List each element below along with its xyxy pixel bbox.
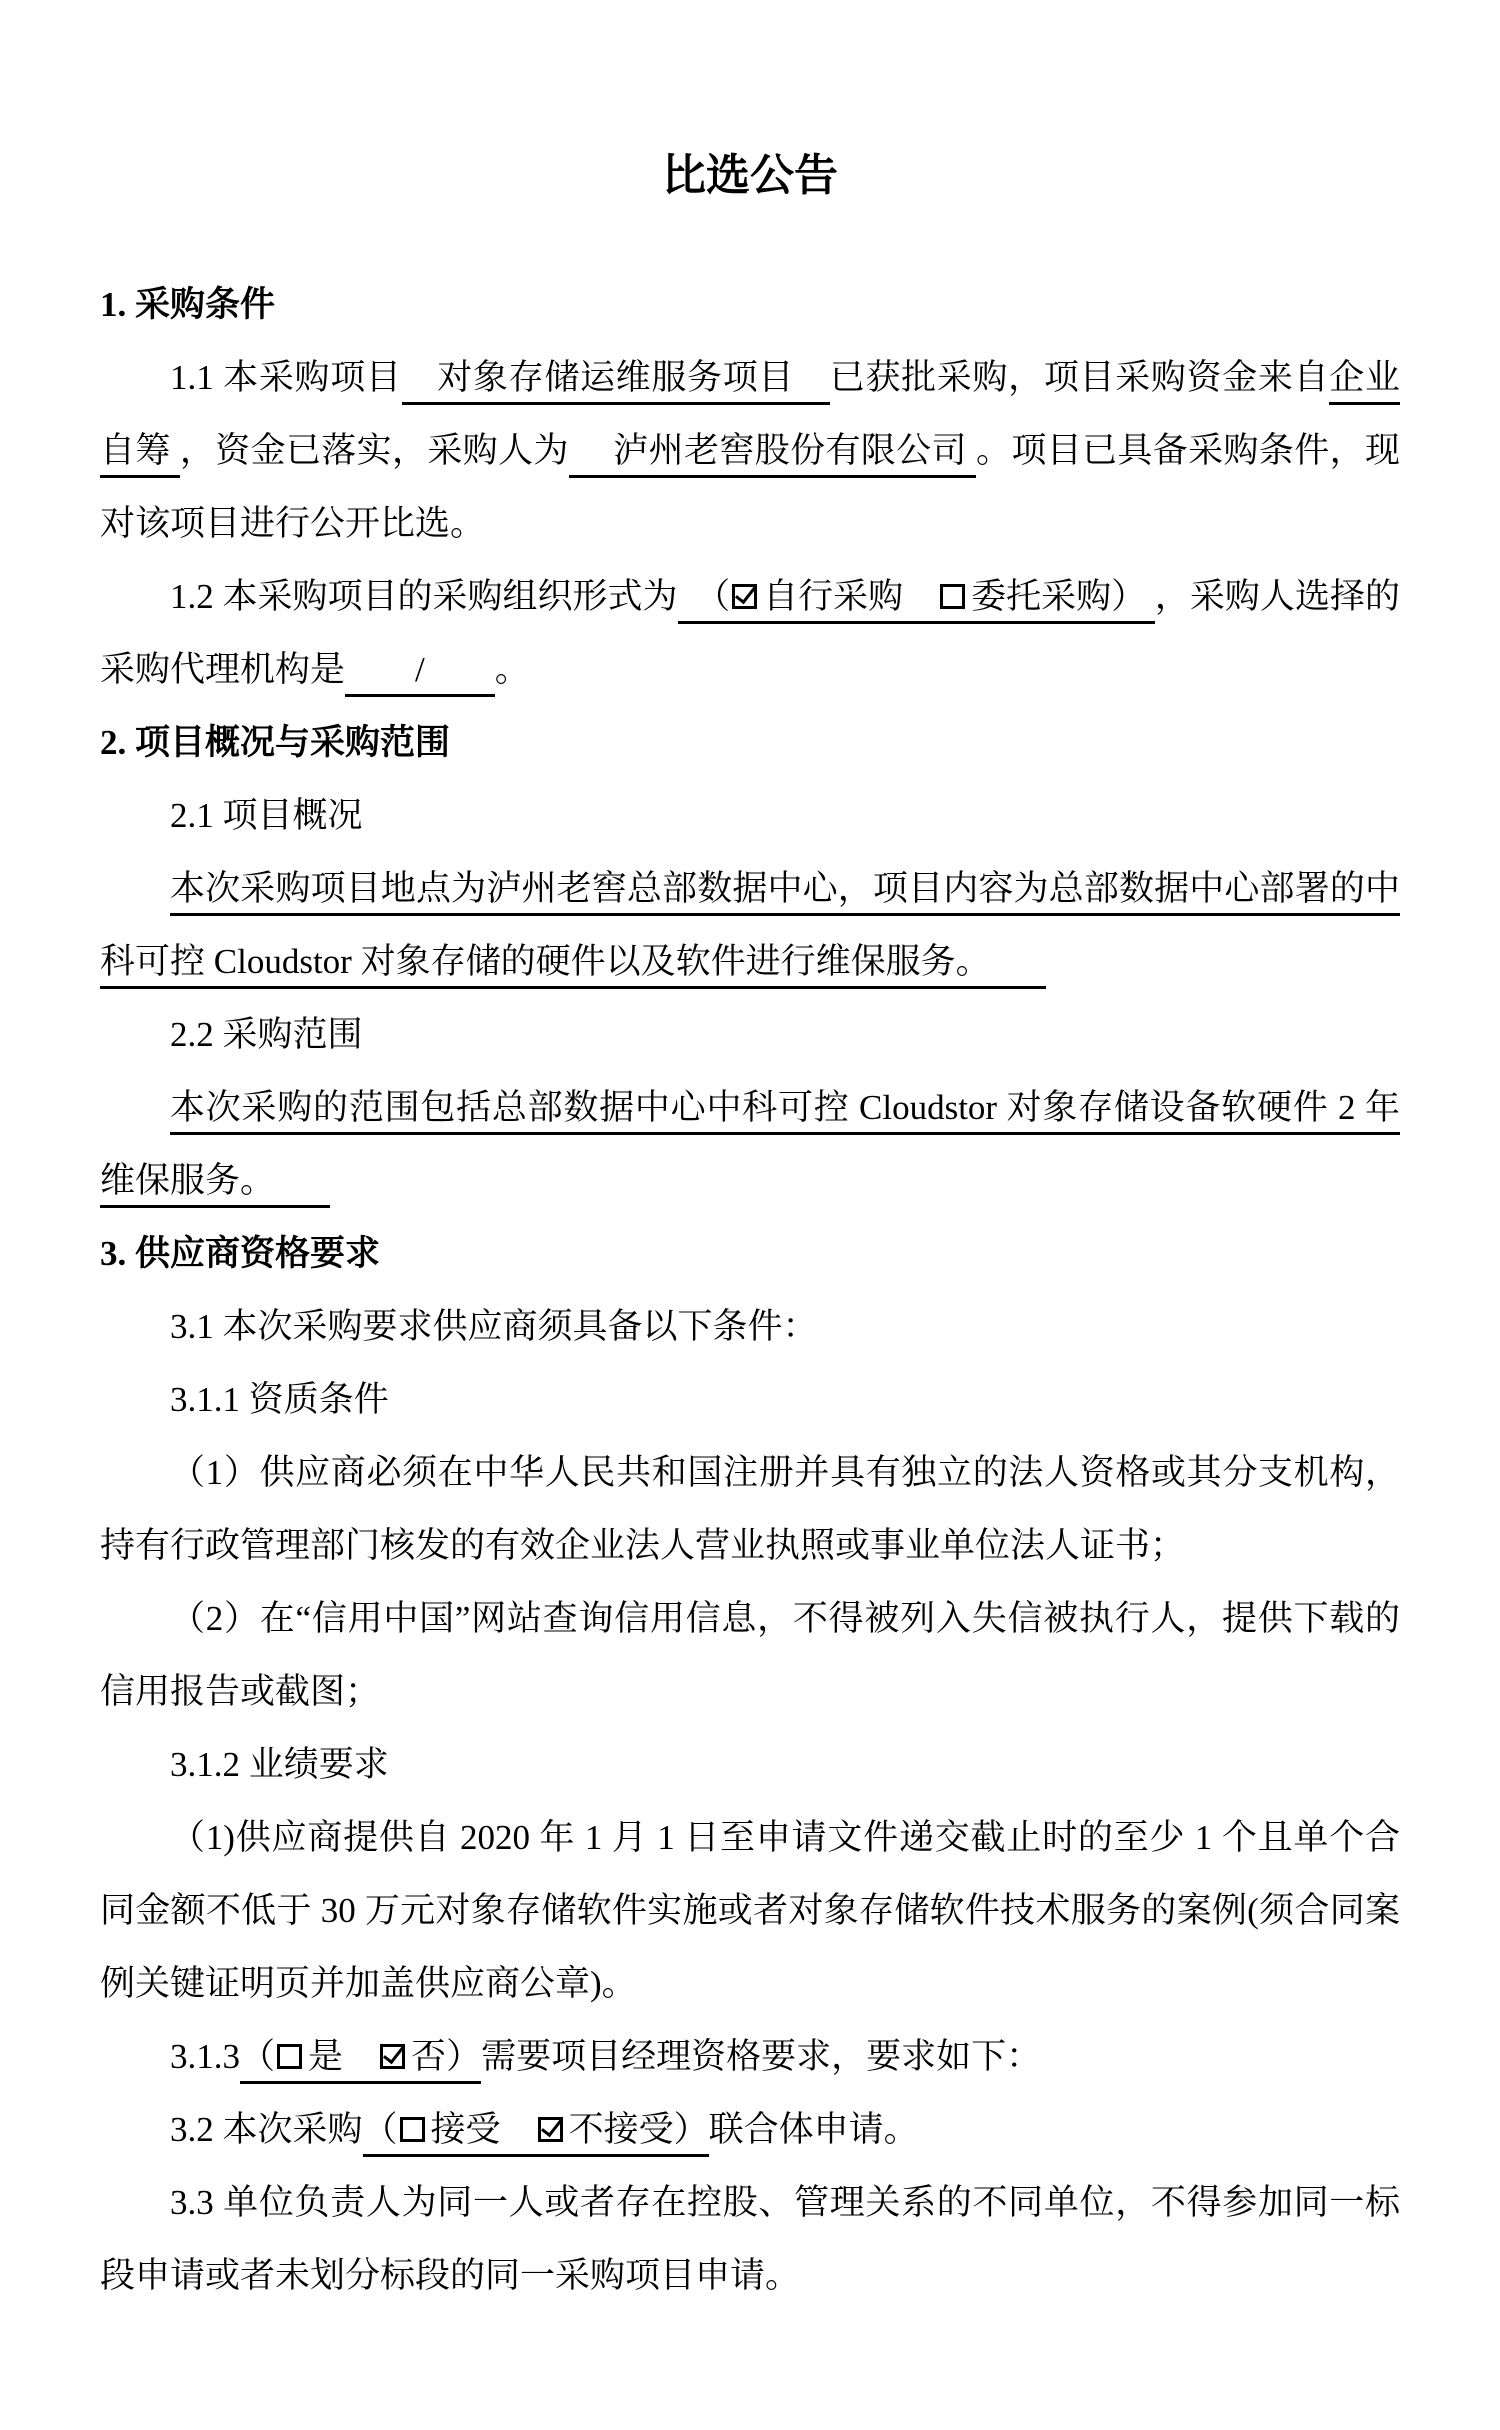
- para-3-2: 3.2 本次采购（接受 不接受）联合体申请。: [100, 2093, 1400, 2166]
- section-2-1-heading: 2.1 项目概况: [100, 779, 1400, 852]
- para-1-2-pre: 1.2 本采购项目的采购组织形式为: [170, 577, 678, 616]
- pm-required-yes-checkbox-icon: [277, 2044, 302, 2069]
- consortium-accept-label: 接受: [431, 2110, 501, 2149]
- close-paren: ）: [446, 2037, 481, 2076]
- close-paren: ）: [674, 2110, 709, 2149]
- para-2-1: 本次采购项目地点为泸州老窖总部数据中心，项目内容为总部数据中心部署的中科可控 C…: [100, 852, 1400, 998]
- consortium-accept-checkbox-icon: [400, 2117, 425, 2142]
- para-3-1-2-item-1: （1)供应商提供自 2020 年 1 月 1 日至申请文件递交截止时的至少 1 …: [100, 1801, 1400, 2020]
- delegated-procurement-checkbox-icon: [940, 584, 965, 609]
- procurement-form-underline: （自行采购 委托采购）: [678, 577, 1155, 624]
- purchaser-name-underline: 泸州老窖股份有限公司: [569, 431, 976, 478]
- para-1-2-tail: 。: [495, 650, 530, 689]
- para-3-1-3-tail: 需要项目经理资格要求，要求如下：: [481, 2037, 1041, 2076]
- option-gap: [903, 577, 938, 616]
- delegated-procurement-label: 委托采购: [971, 577, 1111, 616]
- para-1-1-mid2: ，资金已落实，采购人为: [180, 431, 569, 470]
- project-name-underline: 对象存储运维服务项目: [402, 358, 830, 405]
- document-page: 比选公告 1. 采购条件 1.1 本采购项目 对象存储运维服务项目 已获批采购，…: [0, 0, 1500, 2430]
- para-1-1: 1.1 本采购项目 对象存储运维服务项目 已获批采购，项目采购资金来自企业自筹 …: [100, 341, 1400, 560]
- pm-requirement-underline: （是 否）: [240, 2037, 481, 2084]
- section-3-heading: 3. 供应商资格要求: [100, 1217, 1400, 1290]
- para-1-1-pre: 1.1 本采购项目: [170, 358, 402, 397]
- section-1-heading: 1. 采购条件: [100, 268, 1400, 341]
- para-3-2-pre: 3.2 本次采购: [170, 2110, 363, 2149]
- pm-required-yes-label: 是: [308, 2037, 343, 2076]
- procurement-scope-underline: 本次采购的范围包括总部数据中心中科可控 Cloudstor 对象存储设备软硬件 …: [100, 1088, 1400, 1208]
- section-3-1-1-heading: 3.1.1 资质条件: [100, 1363, 1400, 1436]
- pm-required-no-label: 否: [411, 2037, 446, 2076]
- para-1-2: 1.2 本采购项目的采购组织形式为 （自行采购 委托采购） ，采购人选择的采购代…: [100, 560, 1400, 706]
- document-body: 比选公告 1. 采购条件 1.1 本采购项目 对象存储运维服务项目 已获批采购，…: [100, 139, 1400, 2312]
- para-3-1-3: 3.1.3（是 否）需要项目经理资格要求，要求如下：: [100, 2020, 1400, 2093]
- para-3-1-1-item-1: （1）供应商必须在中华人民共和国注册并具有独立的法人资格或其分支机构，持有行政管…: [100, 1436, 1400, 1582]
- consortium-reject-checkbox-icon: [538, 2117, 563, 2142]
- option-gap: [343, 2037, 378, 2076]
- self-procurement-label: 自行采购: [763, 577, 903, 616]
- para-3-2-tail: 联合体申请。: [709, 2110, 919, 2149]
- close-paren: ）: [1111, 577, 1155, 616]
- open-paren: （: [678, 577, 731, 616]
- para-3-1: 3.1 本次采购要求供应商须具备以下条件：: [100, 1290, 1400, 1363]
- para-3-1-3-pre: 3.1.3: [170, 2037, 240, 2076]
- consortium-reject-label: 不接受: [569, 2110, 674, 2149]
- self-procurement-checkbox-icon: [732, 584, 757, 609]
- section-3-1-2-heading: 3.1.2 业绩要求: [100, 1728, 1400, 1801]
- section-2-2-heading: 2.2 采购范围: [100, 998, 1400, 1071]
- para-1-1-mid1: 已获批采购，项目采购资金来自: [830, 358, 1330, 397]
- para-2-2: 本次采购的范围包括总部数据中心中科可控 Cloudstor 对象存储设备软硬件 …: [100, 1071, 1400, 1217]
- para-3-1-1-item-2: （2）在“信用中国”网站查询信用信息，不得被列入失信被执行人，提供下载的信用报告…: [100, 1582, 1400, 1728]
- consortium-underline: （接受 不接受）: [363, 2110, 709, 2157]
- page-title: 比选公告: [100, 139, 1400, 212]
- pm-required-no-checkbox-icon: [380, 2044, 405, 2069]
- project-overview-underline: 本次采购项目地点为泸州老窖总部数据中心，项目内容为总部数据中心部署的中科可控 C…: [100, 869, 1400, 989]
- option-gap: [501, 2110, 536, 2149]
- open-paren: （: [240, 2037, 275, 2076]
- para-3-3: 3.3 单位负责人为同一人或者存在控股、管理关系的不同单位，不得参加同一标段申请…: [100, 2166, 1400, 2312]
- agency-blank-underline: /: [345, 650, 495, 697]
- section-2-heading: 2. 项目概况与采购范围: [100, 706, 1400, 779]
- open-paren: （: [363, 2110, 398, 2149]
